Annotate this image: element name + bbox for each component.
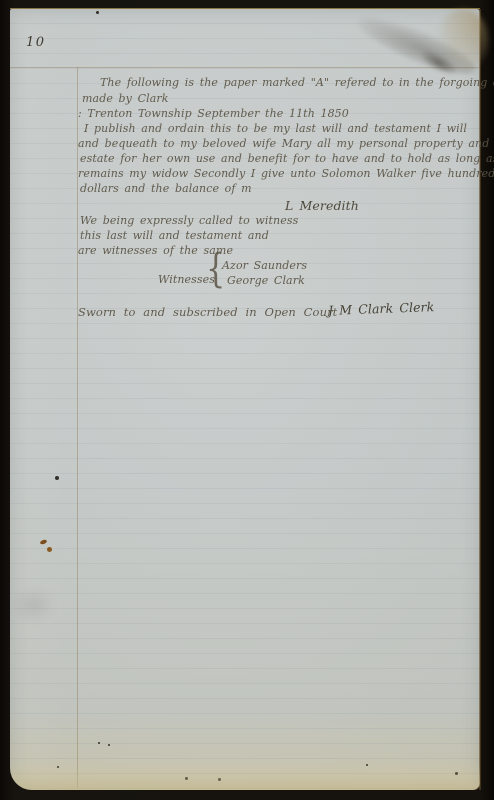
will-line-3: estate for her own use and benefit for t… [80,152,494,165]
bottom-worn-edge [10,764,480,790]
scan-backdrop: { "page": { "number": "10" }, "record": … [0,0,494,800]
page-right-edge [479,9,481,790]
speck [98,742,100,744]
sworn-line: Sworn to and subscribed in Open Court [78,305,337,319]
will-line-5: dollars and the balance of m [80,182,252,195]
intro-line-2: made by Clark [82,92,169,105]
intro-line-1: The following is the paper marked "A" re… [100,76,494,89]
attestation-line-2: this last will and testament and [80,229,269,242]
foxing-spot [47,547,52,552]
header-rule-line [10,67,480,68]
page-number: 10 [26,35,46,50]
attestation-line-1: We being expressly called to witness [80,214,298,227]
speck [55,476,59,480]
speck [108,744,110,746]
page-top-edge [10,8,480,9]
witness-name-1: Azor Saunders [222,259,307,272]
speck [96,11,99,14]
dateline: : Trenton Township September the 11th 18… [78,107,349,120]
ledger-page: 10 The following is the paper marked "A"… [10,9,480,790]
testator-signature: L Meredith [285,198,359,213]
foxing-spot [40,539,48,545]
witness-name-2: George Clark [227,274,305,287]
corner-tan-stain [438,9,488,71]
will-line-1: I publish and ordain this to be my last … [84,122,467,135]
clerk-signature: J M Clark Clerk [328,299,435,318]
left-edge-smudge [10,587,56,623]
will-line-4: remains my widow Secondly I give unto So… [78,167,494,180]
will-line-2: and bequeath to my beloved wife Mary all… [78,137,494,150]
